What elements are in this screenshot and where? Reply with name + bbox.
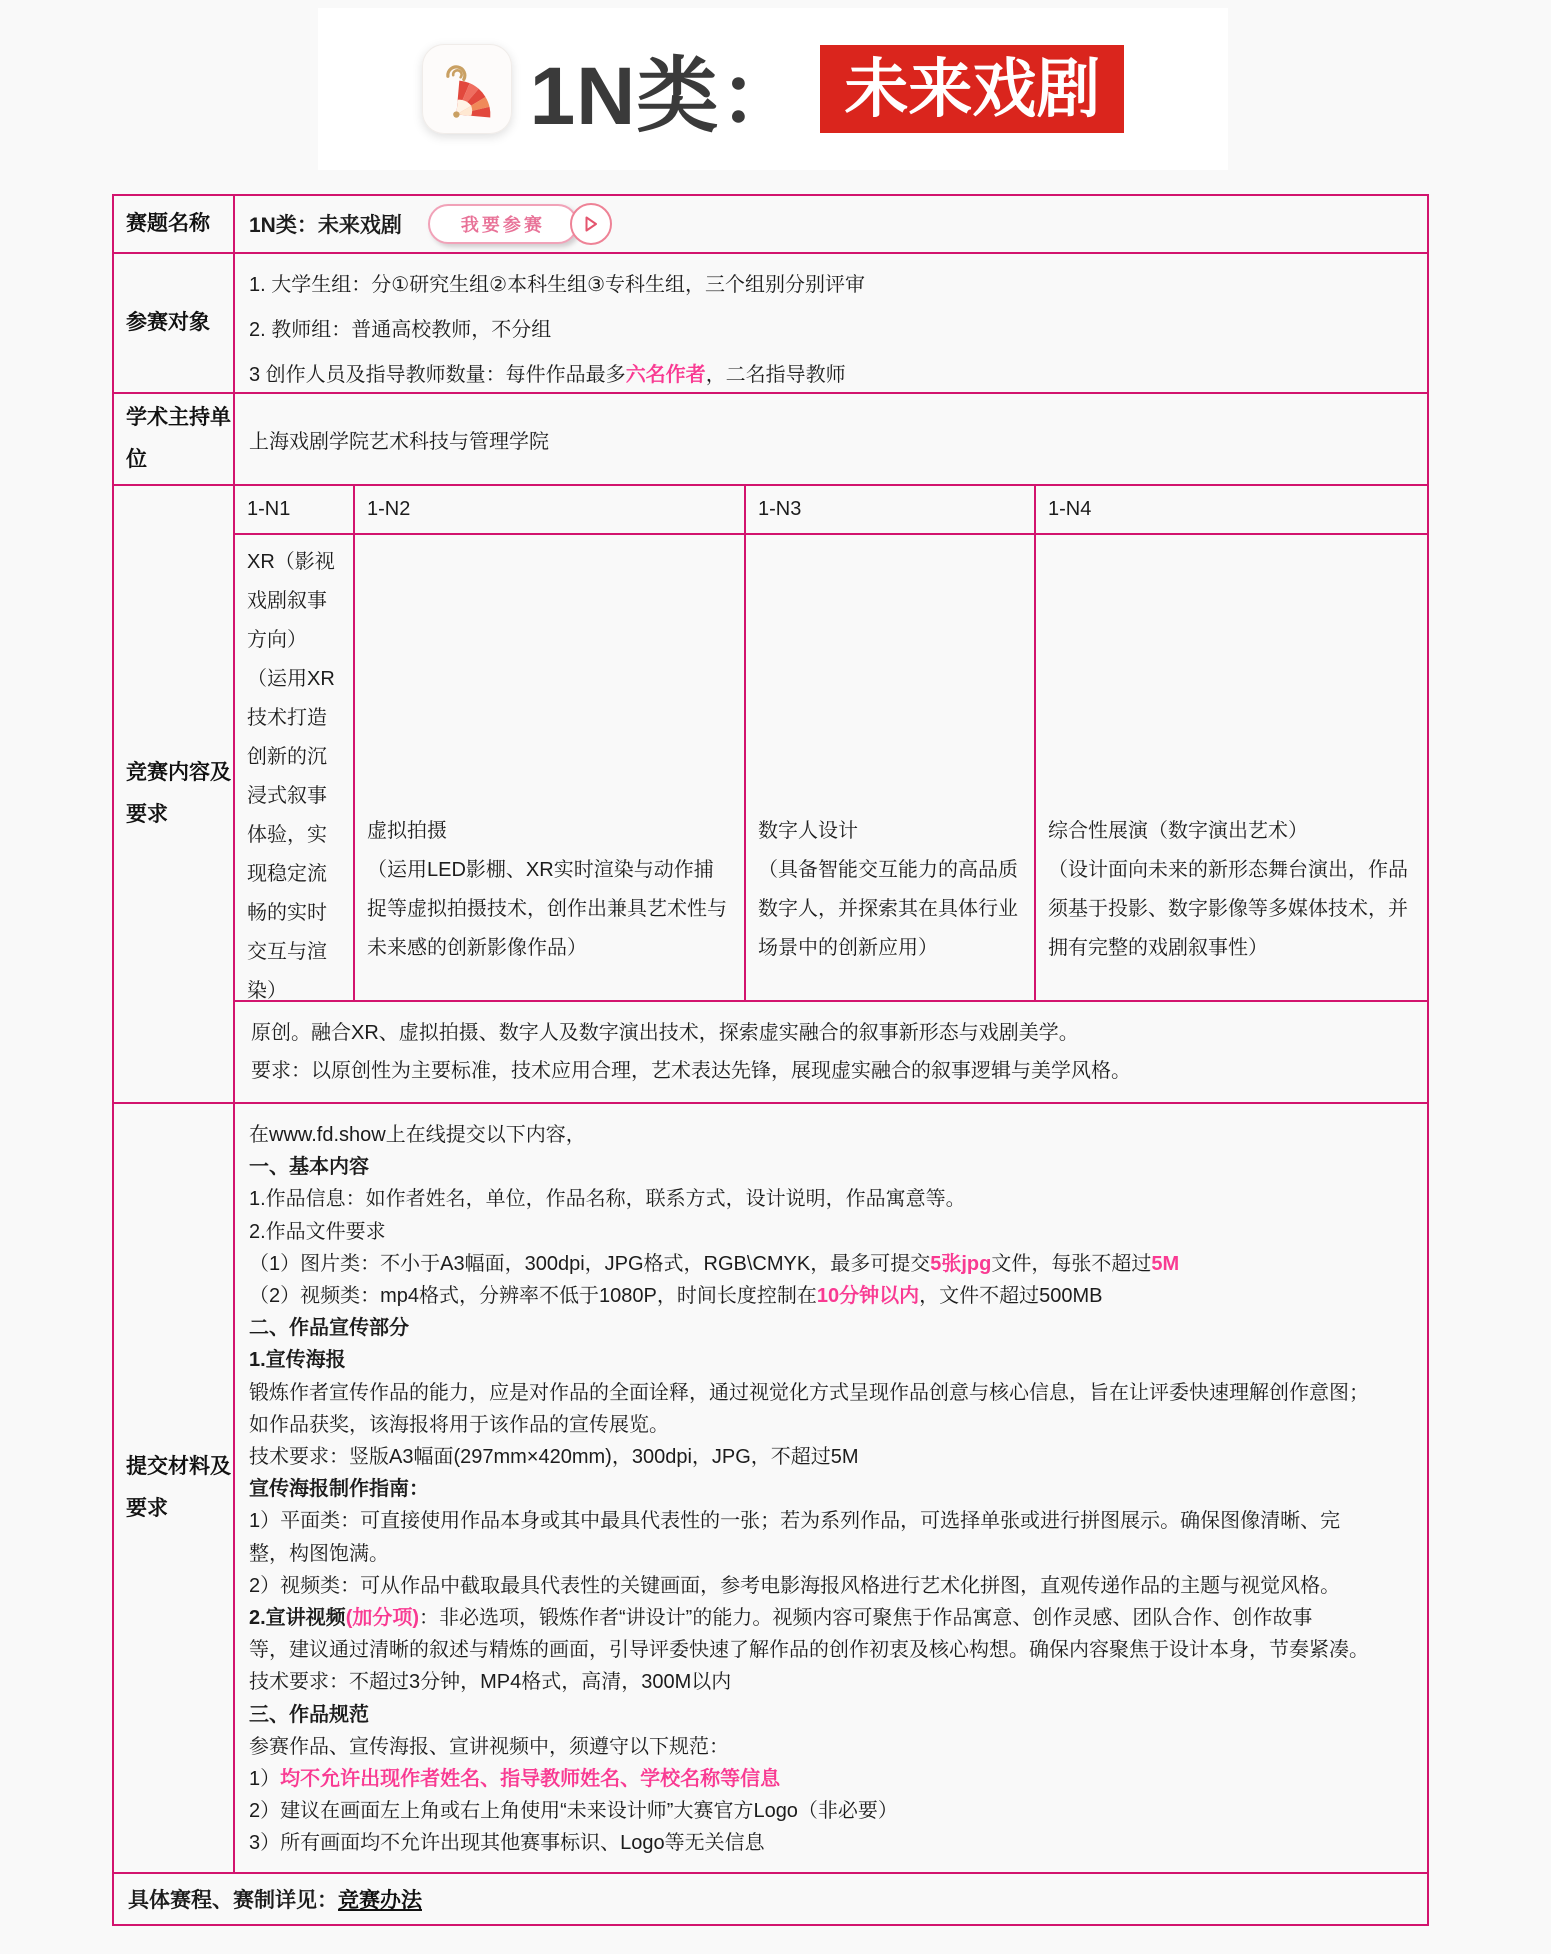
- col-header-1n4: 1-N4: [1036, 486, 1427, 533]
- table-row-content: 竞赛内容及要求 1-N1 1-N2 1-N3 1-N4 XR（影视戏剧叙事方向）…: [114, 484, 1427, 1102]
- content-subtable: 1-N1 1-N2 1-N3 1-N4 XR（影视戏剧叙事方向） （运用XR技术…: [235, 486, 1427, 1102]
- host-cell: 上海戏剧学院艺术科技与管理学院: [235, 394, 1427, 484]
- col-cell-1n4: 综合性展演（数字演出艺术） （设计面向未来的新形态舞台演出，作品须基于投影、数字…: [1036, 535, 1427, 1000]
- topic-value: 1N类：未来戏剧: [249, 209, 402, 239]
- col-1n3-title: 数字人设计: [758, 812, 1022, 851]
- content-subtable-header: 1-N1 1-N2 1-N3 1-N4: [235, 486, 1427, 535]
- text-line: 二、作品宣传部分: [249, 1312, 1417, 1344]
- text-line: 技术要求：不超过3分钟，MP4格式，高清，300M以内: [249, 1666, 1417, 1698]
- text-line: 2）建议在画面左上角或右上角使用“未来设计师”大赛官方Logo（非必要）: [249, 1795, 1417, 1827]
- text-line: 1.宣传海报: [249, 1344, 1417, 1376]
- col-1n2-title: 虚拟拍摄: [367, 812, 732, 851]
- text-line: 在www.fd.show上在线提交以下内容，: [249, 1119, 1417, 1151]
- col-header-1n2: 1-N2: [355, 486, 746, 533]
- text-line: 2）视频类：可从作品中截取最具代表性的关键画面，参考电影海报风格进行艺术化拼图，…: [249, 1570, 1417, 1602]
- topic-label: 赛题名称: [114, 196, 235, 252]
- col-1n1-title: XR（影视戏剧叙事方向）: [247, 543, 341, 660]
- text-line: （1）图片类：不小于A3幅面，300dpi，JPG格式，RGB\CMYK，最多可…: [249, 1248, 1417, 1280]
- col-1n3-desc: （具备智能交互能力的高品质数字人，并探索其在具体行业场景中的创新应用）: [758, 851, 1022, 968]
- text-line: 一、基本内容: [249, 1151, 1417, 1183]
- participants-cell: 1. 大学生组：分①研究生组②本科生组③专科生组，三个组别分别评审2. 教师组：…: [235, 254, 1427, 392]
- text-line: 2.作品文件要求: [249, 1216, 1417, 1248]
- page-title-prefix: 1N类：: [530, 31, 803, 148]
- text-line: 技术要求：竖版A3幅面(297mm×420mm)，300dpi，JPG，不超过5…: [249, 1441, 1417, 1473]
- text-line: 3）所有画面均不允许出现其他赛事标识、Logo等无关信息: [249, 1827, 1417, 1859]
- play-triangle-icon: [583, 215, 599, 233]
- text-line: 2.宣讲视频(加分项)：非必选项，锻炼作者“讲设计”的能力。视频内容可聚焦于作品…: [249, 1602, 1417, 1634]
- col-cell-1n3: 数字人设计 （具备智能交互能力的高品质数字人，并探索其在具体行业场景中的创新应用…: [746, 535, 1036, 1000]
- text-line: （2）视频类：mp4格式，分辨率不低于1080P，时间长度控制在10分钟以内，文…: [249, 1280, 1417, 1312]
- text-line: 2. 教师组：普通高校教师，不分组: [249, 308, 1427, 353]
- participants-label: 参赛对象: [114, 254, 235, 392]
- table-row-topic: 赛题名称 1N类：未来戏剧 我要参赛: [114, 196, 1427, 252]
- col-1n2-desc: （运用LED影棚、XR实时渲染与动作捕捉等虚拟拍摄技术，创作出兼具艺术性与未来感…: [367, 851, 732, 968]
- competition-table: 赛题名称 1N类：未来戏剧 我要参赛 参赛对象 1. 大学生组：分①研究生组②本…: [112, 194, 1429, 1926]
- text-line: 整，构图饱满。: [249, 1538, 1417, 1570]
- fan-logo-icon: [422, 44, 512, 134]
- col-header-1n3: 1-N3: [746, 486, 1036, 533]
- page-header: 1N类： 未来戏剧: [318, 8, 1228, 170]
- col-1n4-title: 综合性展演（数字演出艺术）: [1048, 812, 1415, 851]
- footer-prefix: 具体赛程、赛制详见：: [128, 1884, 338, 1914]
- table-row-participants: 参赛对象 1. 大学生组：分①研究生组②本科生组③专科生组，三个组别分别评审2.…: [114, 252, 1427, 392]
- text-line: 等，建议通过清晰的叙述与精炼的画面，引导评委快速了解作品的创作初衷及核心构想。确…: [249, 1634, 1417, 1666]
- text-line: 参赛作品、宣传海报、宣讲视频中，须遵守以下规范：: [249, 1731, 1417, 1763]
- content-subtable-body: XR（影视戏剧叙事方向） （运用XR技术打造创新的沉浸式叙事体验，实现稳定流畅的…: [235, 535, 1427, 1000]
- host-label: 学术主持单位: [114, 394, 235, 484]
- col-1n1-desc: （运用XR技术打造创新的沉浸式叙事体验，实现稳定流畅的实时交互与渲染）: [247, 660, 341, 1011]
- text-line: 要求：以原创性为主要标准，技术应用合理，艺术表达先锋，展现虚实融合的叙事逻辑与美…: [251, 1052, 1411, 1090]
- col-cell-1n1: XR（影视戏剧叙事方向） （运用XR技术打造创新的沉浸式叙事体验，实现稳定流畅的…: [235, 535, 355, 1000]
- table-row-footer: 具体赛程、赛制详见： 竞赛办法: [114, 1872, 1427, 1924]
- text-line: 1.作品信息：如作者姓名，单位，作品名称，联系方式，设计说明，作品寓意等。: [249, 1183, 1417, 1215]
- text-line: 1）均不允许出现作者姓名、指导教师姓名、学校名称等信息: [249, 1763, 1417, 1795]
- table-row-submission: 提交材料及要求 在www.fd.show上在线提交以下内容，一、基本内容1.作品…: [114, 1102, 1427, 1872]
- competition-rules-link[interactable]: 竞赛办法: [338, 1884, 422, 1914]
- content-label: 竞赛内容及要求: [114, 486, 235, 1102]
- text-line: 1）平面类：可直接使用作品本身或其中最具代表性的一张；若为系列作品，可选择单张或…: [249, 1505, 1417, 1537]
- text-line: 原创。融合XR、虚拟拍摄、数字人及数字演出技术，探索虚实融合的叙事新形态与戏剧美…: [251, 1014, 1411, 1052]
- text-line: 3 创作人员及指导教师数量：每件作品最多六名作者，二名指导教师: [249, 353, 1427, 398]
- text-line: 1. 大学生组：分①研究生组②本科生组③专科生组，三个组别分别评审: [249, 263, 1427, 308]
- text-line: 锻炼作者宣传作品的能力，应是对作品的全面诠释，通过视觉化方式呈现作品创意与核心信…: [249, 1377, 1417, 1409]
- join-button[interactable]: 我要参赛: [428, 204, 578, 244]
- col-1n4-desc: （设计面向未来的新形态舞台演出，作品须基于投影、数字影像等多媒体技术，并拥有完整…: [1048, 851, 1415, 968]
- text-line: 三、作品规范: [249, 1699, 1417, 1731]
- play-button[interactable]: [570, 203, 612, 245]
- join-button-group: 我要参赛: [428, 203, 612, 245]
- col-cell-1n2: 虚拟拍摄 （运用LED影棚、XR实时渲染与动作捕捉等虚拟拍摄技术，创作出兼具艺术…: [355, 535, 746, 1000]
- page-title-highlight: 未来戏剧: [820, 45, 1124, 133]
- text-line: 宣传海报制作指南：: [249, 1473, 1417, 1505]
- topic-cell: 1N类：未来戏剧 我要参赛: [235, 196, 1427, 252]
- table-row-host: 学术主持单位 上海戏剧学院艺术科技与管理学院: [114, 392, 1427, 484]
- text-line: 如作品获奖，该海报将用于该作品的宣传展览。: [249, 1409, 1417, 1441]
- submission-label: 提交材料及要求: [114, 1104, 235, 1872]
- submission-cell: 在www.fd.show上在线提交以下内容，一、基本内容1.作品信息：如作者姓名…: [235, 1104, 1427, 1872]
- col-header-1n1: 1-N1: [235, 486, 355, 533]
- content-summary: 原创。融合XR、虚拟拍摄、数字人及数字演出技术，探索虚实融合的叙事新形态与戏剧美…: [235, 1000, 1427, 1102]
